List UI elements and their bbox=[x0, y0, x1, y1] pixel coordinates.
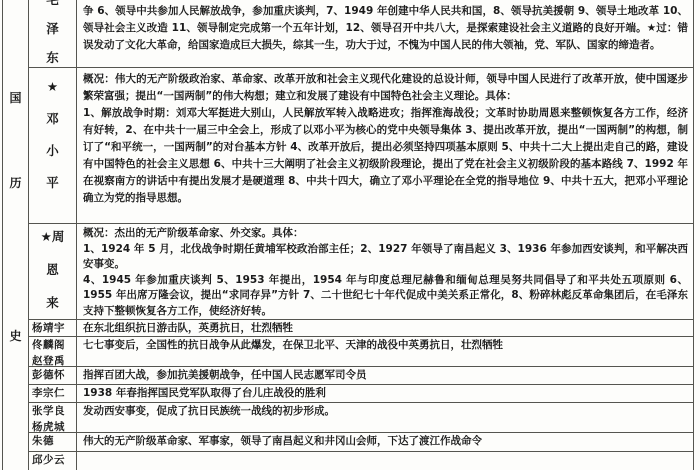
description-paragraph: 争 6、领导中共参加人民解放战争，参加重庆谈判，7、1949 年创建中华人民共和… bbox=[83, 3, 688, 54]
description-paragraph: 七七事变后，全国性的抗日战争从此爆发，在保卫北平、天津的战役中英勇抗日，壮烈牺牲 bbox=[83, 338, 688, 353]
description-paragraph: 概况：杰出的无产阶级革命家、外交家。具体： bbox=[83, 226, 688, 242]
star-icon: ★ bbox=[47, 80, 58, 93]
person-description-zhou-enlai: 概况：杰出的无产阶级革命家、外交家。具体： 1、1924 年 5 月，北伐战争时… bbox=[77, 224, 693, 319]
table-row-mao-zedong: 毛 泽 东 争 6、领导中共参加人民解放战争，参加重庆谈判，7、1949 年创建… bbox=[29, 0, 693, 68]
person-name-tong-linge-zhao-dengyu: 佟麟阁 赵登禹 bbox=[29, 337, 77, 366]
description-paragraph: 4、1945 年参加重庆谈判 5、1953 年提出，1954 年与印度总理尼赫鲁… bbox=[83, 273, 688, 319]
name-char: 邓 bbox=[46, 112, 59, 125]
name-char: ★周 bbox=[41, 230, 65, 243]
person-description-li-zongren: 1938 年春指挥国民党军队取得了台儿庄战役的胜利 bbox=[77, 385, 693, 402]
person-description-zhu-de: 伟大的无产阶级革命家、军事家，领导了南昌起义和井冈山会师，下达了渡江作战命令 bbox=[77, 433, 693, 451]
category-column: 国 历 史 bbox=[3, 0, 29, 470]
description-paragraph: 在东北组织抗日游击队，英勇抗日，壮烈牺牲 bbox=[83, 321, 688, 336]
description-paragraph: 1、1924 年 5 月，北伐战争时期任黄埔军校政治部主任；2、1927 年领导… bbox=[83, 242, 688, 273]
table-rows: 毛 泽 东 争 6、领导中共参加人民解放战争，参加重庆谈判，7、1949 年创建… bbox=[29, 0, 693, 470]
table-row-deng-xiaoping: ★ 邓 小 平 概况：伟大的无产阶级政治家、革命家、改革开放和社会主义现代化建设… bbox=[29, 68, 693, 224]
table-row-tong-linge-zhao-dengyu: 佟麟阁 赵登禹 七七事变后，全国性的抗日战争从此爆发，在保卫北平、天津的战役中英… bbox=[29, 337, 693, 367]
table-row-qiu-shaoyun: 邱少云 bbox=[29, 452, 693, 470]
description-paragraph: 伟大的无产阶级革命家、军事家，领导了南昌起义和井冈山会师，下达了渡江作战命令 bbox=[83, 434, 688, 449]
table-row-zhu-de: 朱德 伟大的无产阶级革命家、军事家，领导了南昌起义和井冈山会师，下达了渡江作战命… bbox=[29, 433, 693, 452]
name-text: 李宗仁 bbox=[29, 385, 76, 401]
name-text: 佟麟阁 bbox=[29, 337, 76, 353]
person-description-qiu-shaoyun bbox=[77, 452, 693, 470]
name-char: 平 bbox=[46, 176, 59, 189]
name-char: 东 bbox=[46, 51, 59, 64]
person-name-zhang-xueliang-yang-hucheng: 张学良 杨虎城 bbox=[29, 403, 77, 432]
description-paragraph: 概况：伟大的无产阶级政治家、革命家、改革开放和社会主义现代化建设的总设计师，领导… bbox=[83, 71, 688, 105]
person-name-li-zongren: 李宗仁 bbox=[29, 385, 77, 402]
person-description-mao-zedong: 争 6、领导中共参加人民解放战争，参加重庆谈判，7、1949 年创建中华人民共和… bbox=[77, 0, 693, 67]
category-char-guo: 国 bbox=[3, 92, 28, 104]
person-name-deng-xiaoping: ★ 邓 小 平 bbox=[29, 68, 77, 223]
description-paragraph: 指挥百团大战，参加抗美援朝战争，任中国人民志愿军司令员 bbox=[83, 368, 688, 383]
name-text: 朱德 bbox=[29, 433, 76, 449]
person-name-peng-dehuai: 彭德怀 bbox=[29, 367, 77, 384]
description-paragraph: 发动西安事变，促成了抗日民族统一战线的初步形成。 bbox=[83, 404, 688, 419]
person-description-peng-dehuai: 指挥百团大战，参加抗美援朝战争，任中国人民志愿军司令员 bbox=[77, 367, 693, 384]
name-char: 来 bbox=[46, 296, 59, 309]
category-char-shi: 史 bbox=[3, 330, 28, 342]
name-text: 邱少云 bbox=[29, 452, 76, 468]
table-row-yang-jingyu: 杨靖宇 在东北组织抗日游击队，英勇抗日，壮烈牺牲 bbox=[29, 320, 693, 337]
person-description-deng-xiaoping: 概况：伟大的无产阶级政治家、革命家、改革开放和社会主义现代化建设的总设计师，领导… bbox=[77, 68, 693, 223]
name-text: 赵登禹 bbox=[29, 353, 76, 367]
person-name-yang-jingyu: 杨靖宇 bbox=[29, 320, 77, 336]
person-description-tong-linge-zhao-dengyu: 七七事变后，全国性的抗日战争从此爆发，在保卫北平、天津的战役中英勇抗日，壮烈牺牲 bbox=[77, 337, 693, 366]
name-char: 恩 bbox=[46, 263, 59, 276]
name-text: 张学良 bbox=[29, 403, 76, 419]
history-figures-table: 国 历 史 毛 泽 东 争 6、领导中共参加人民解放战争，参加重庆谈判，7、19… bbox=[2, 0, 694, 470]
table-row-peng-dehuai: 彭德怀 指挥百团大战，参加抗美援朝战争，任中国人民志愿军司令员 bbox=[29, 367, 693, 385]
person-description-yang-jingyu: 在东北组织抗日游击队，英勇抗日，壮烈牺牲 bbox=[77, 320, 693, 336]
name-char: 小 bbox=[46, 144, 59, 157]
scanned-document-page: 国 历 史 毛 泽 东 争 6、领导中共参加人民解放战争，参加重庆谈判，7、19… bbox=[0, 0, 700, 470]
description-paragraph: 1938 年春指挥国民党军队取得了台儿庄战役的胜利 bbox=[83, 386, 688, 401]
person-name-zhou-enlai: ★周 恩 来 bbox=[29, 224, 77, 319]
table-row-zhou-enlai: ★周 恩 来 概况：杰出的无产阶级革命家、外交家。具体： 1、1924 年 5 … bbox=[29, 224, 693, 320]
table-row-li-zongren: 李宗仁 1938 年春指挥国民党军队取得了台儿庄战役的胜利 bbox=[29, 385, 693, 403]
name-char: 泽 bbox=[46, 22, 59, 35]
name-text: 杨虎城 bbox=[29, 419, 76, 433]
table-row-zhang-xueliang-yang-hucheng: 张学良 杨虎城 发动西安事变，促成了抗日民族统一战线的初步形成。 bbox=[29, 403, 693, 433]
name-text: 彭德怀 bbox=[29, 367, 76, 383]
name-text: 杨靖宇 bbox=[29, 320, 76, 336]
category-char-li: 历 bbox=[3, 177, 28, 189]
person-name-zhu-de: 朱德 bbox=[29, 433, 77, 451]
name-char: 毛 bbox=[46, 0, 59, 6]
person-name-qiu-shaoyun: 邱少云 bbox=[29, 452, 77, 470]
description-paragraph: 1、解放战争时期：刘邓大军挺进大别山，人民解放军转入战略进攻；指挥淮海战役；文革… bbox=[83, 105, 688, 207]
person-name-mao-zedong: 毛 泽 东 bbox=[29, 0, 77, 67]
person-description-zhang-xueliang-yang-hucheng: 发动西安事变，促成了抗日民族统一战线的初步形成。 bbox=[77, 403, 693, 432]
